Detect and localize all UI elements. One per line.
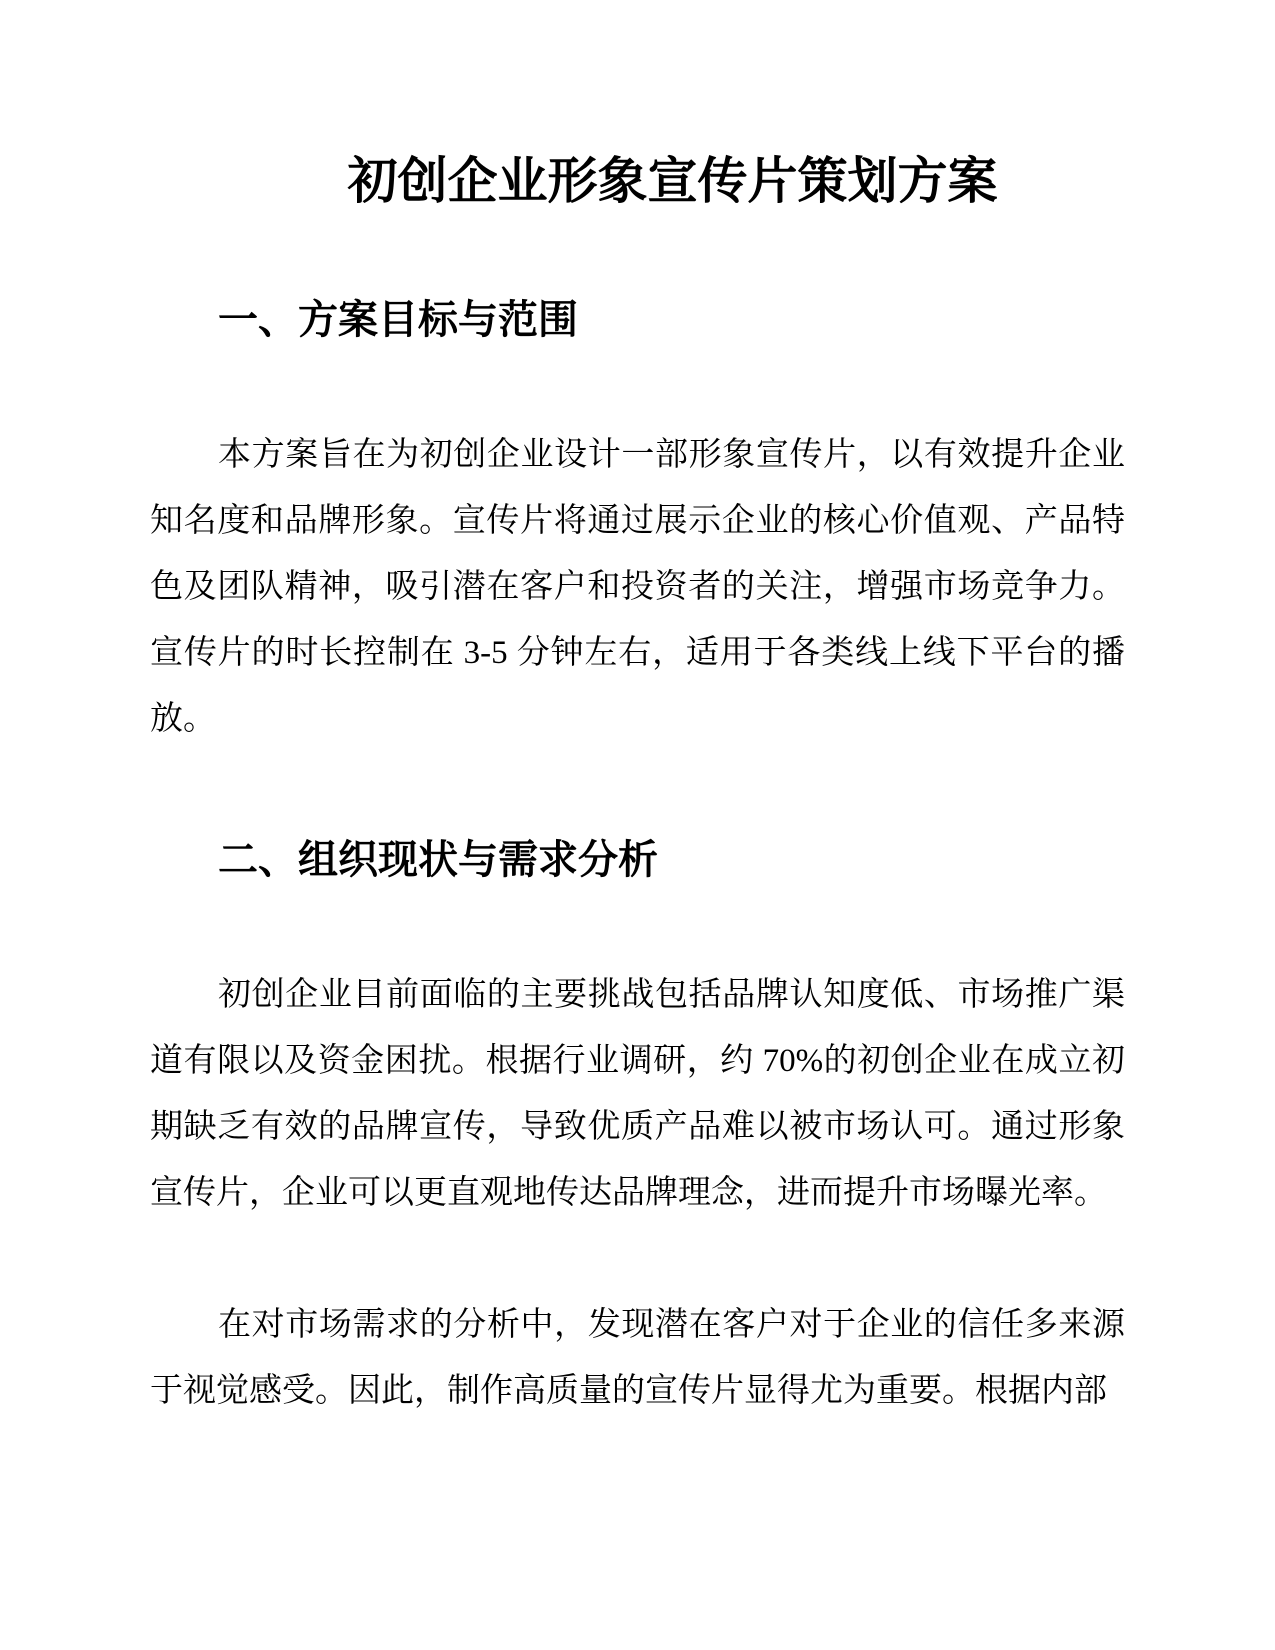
section-2-paragraph-2: 在对市场需求的分析中，发现潜在客户对于企业的信任多来源于视觉感受。因此，制作高质… xyxy=(150,1292,1125,1424)
section-2-heading: 二、组织现状与需求分析 xyxy=(150,836,1125,884)
document-title: 初创企业形象宣传片策划方案 xyxy=(150,150,1125,212)
section-2-paragraph-1: 初创企业目前面临的主要挑战包括品牌认知度低、市场推广渠道有限以及资金困扰。根据行… xyxy=(150,962,1125,1226)
section-1-paragraph-1: 本方案旨在为初创企业设计一部形象宣传片，以有效提升企业知名度和品牌形象。宣传片将… xyxy=(150,422,1125,752)
section-1-heading: 一、方案目标与范围 xyxy=(150,296,1125,344)
document-page: 初创企业形象宣传片策划方案 一、方案目标与范围 本方案旨在为初创企业设计一部形象… xyxy=(0,0,1275,1650)
section-objectives-scope: 一、方案目标与范围 本方案旨在为初创企业设计一部形象宣传片，以有效提升企业知名度… xyxy=(150,296,1125,752)
section-status-needs-analysis: 二、组织现状与需求分析 初创企业目前面临的主要挑战包括品牌认知度低、市场推广渠道… xyxy=(150,836,1125,1424)
